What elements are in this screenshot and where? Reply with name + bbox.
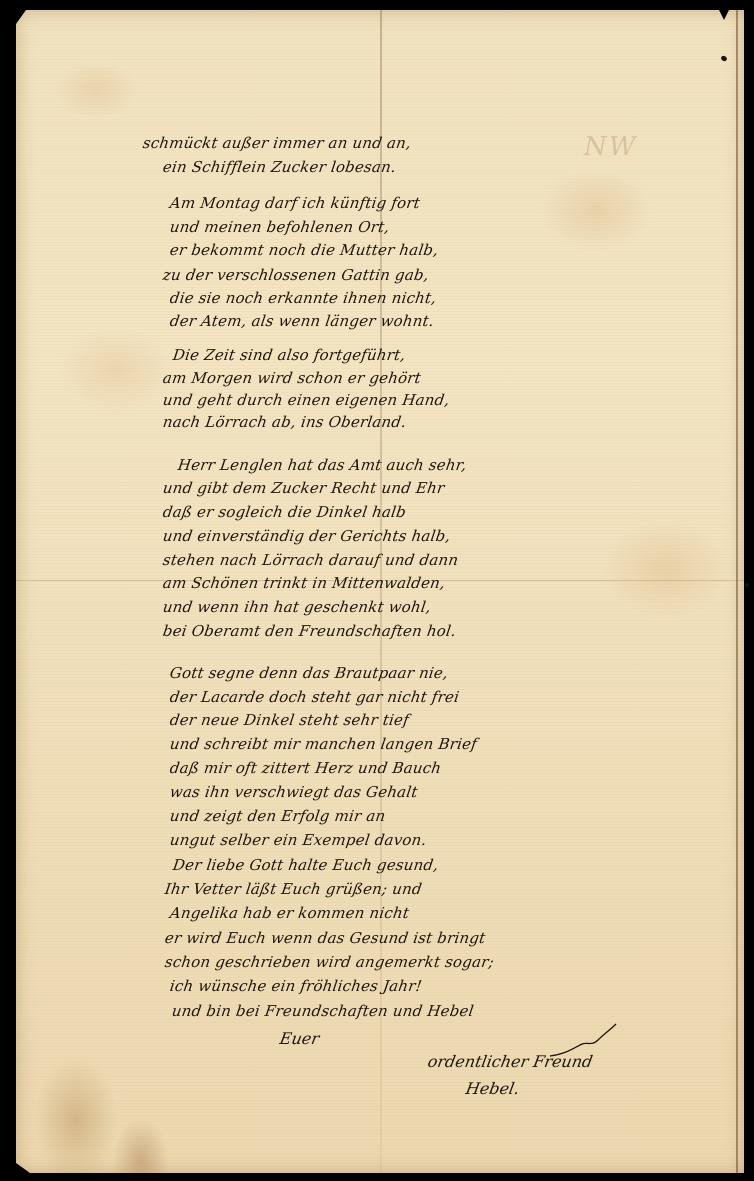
letter-line: ungut selber ein Exempel davon. (169, 831, 428, 849)
letter-line: schon geschrieben wird angemerkt sogar; (164, 953, 495, 971)
letter-line: am Schönen trinkt in Mittenwalden, (162, 574, 447, 592)
letter-line: er bekommt noch die Mutter halb, (169, 241, 440, 259)
letter-line: am Morgen wird schon er gehört (162, 369, 423, 387)
letter-line: und gibt dem Zucker Recht und Ehr (162, 479, 446, 497)
letter-line: Die Zeit sind also fortgeführt, (172, 346, 407, 364)
signature-flourish (548, 1022, 618, 1062)
letter-line: nach Lörrach ab, ins Oberland. (162, 413, 408, 431)
letter-body: schmückt außer immer an und an,ein Schif… (0, 0, 754, 1181)
letter-line: und wenn ihn hat geschenkt wohl, (162, 598, 432, 616)
closing-word: Euer (278, 1029, 320, 1048)
signature-name: Hebel. (464, 1079, 521, 1098)
letter-line: ich wünsche ein fröhliches Jahr! (169, 977, 423, 995)
letter-line: Am Montag darf ich künftig fort (169, 194, 422, 212)
letter-line: die sie noch erkannte ihnen nicht, (169, 289, 438, 307)
letter-line: Herr Lenglen hat das Amt auch sehr, (177, 456, 468, 474)
letter-line: bei Oberamt den Freundschaften hol. (162, 622, 458, 640)
letter-line: der neue Dinkel steht sehr tief (169, 711, 410, 729)
letter-line: er wird Euch wenn das Gesund ist bringt (164, 929, 487, 947)
letter-line: stehen nach Lörrach darauf und dann (162, 551, 460, 569)
letter-line: und zeigt den Erfolg mir an (169, 807, 387, 825)
letter-line: und bin bei Freundschaften und Hebel (171, 1002, 475, 1020)
letter-line: und meinen befohlenen Ort, (169, 218, 391, 236)
letter-line: schmückt außer immer an und an, (142, 134, 413, 152)
letter-line: der Atem, als wenn länger wohnt. (169, 312, 435, 330)
letter-line: und geht durch einen eigenen Hand, (162, 391, 451, 409)
letter-line: Gott segne denn das Brautpaar nie, (169, 664, 450, 682)
letter-line: und schreibt mir manchen langen Brief (169, 735, 479, 753)
letter-line: und einverständig der Gerichts halb, (162, 527, 452, 545)
letter-line: daß mir oft zittert Herz und Bauch (169, 759, 443, 777)
letter-line: zu der verschlossenen Gattin gab, (162, 266, 430, 284)
letter-line: der Lacarde doch steht gar nicht frei (169, 688, 461, 706)
letter-line: Ihr Vetter läßt Euch grüßen; und (164, 880, 423, 898)
letter-line: ein Schifflein Zucker lobesan. (162, 158, 398, 176)
letter-line: was ihn verschwiegt das Gehalt (169, 783, 419, 801)
letter-line: Angelika hab er kommen nicht (169, 904, 411, 922)
letter-line: Der liebe Gott halte Euch gesund, (172, 856, 440, 874)
letter-line: daß er sogleich die Dinkel halb (162, 503, 408, 521)
